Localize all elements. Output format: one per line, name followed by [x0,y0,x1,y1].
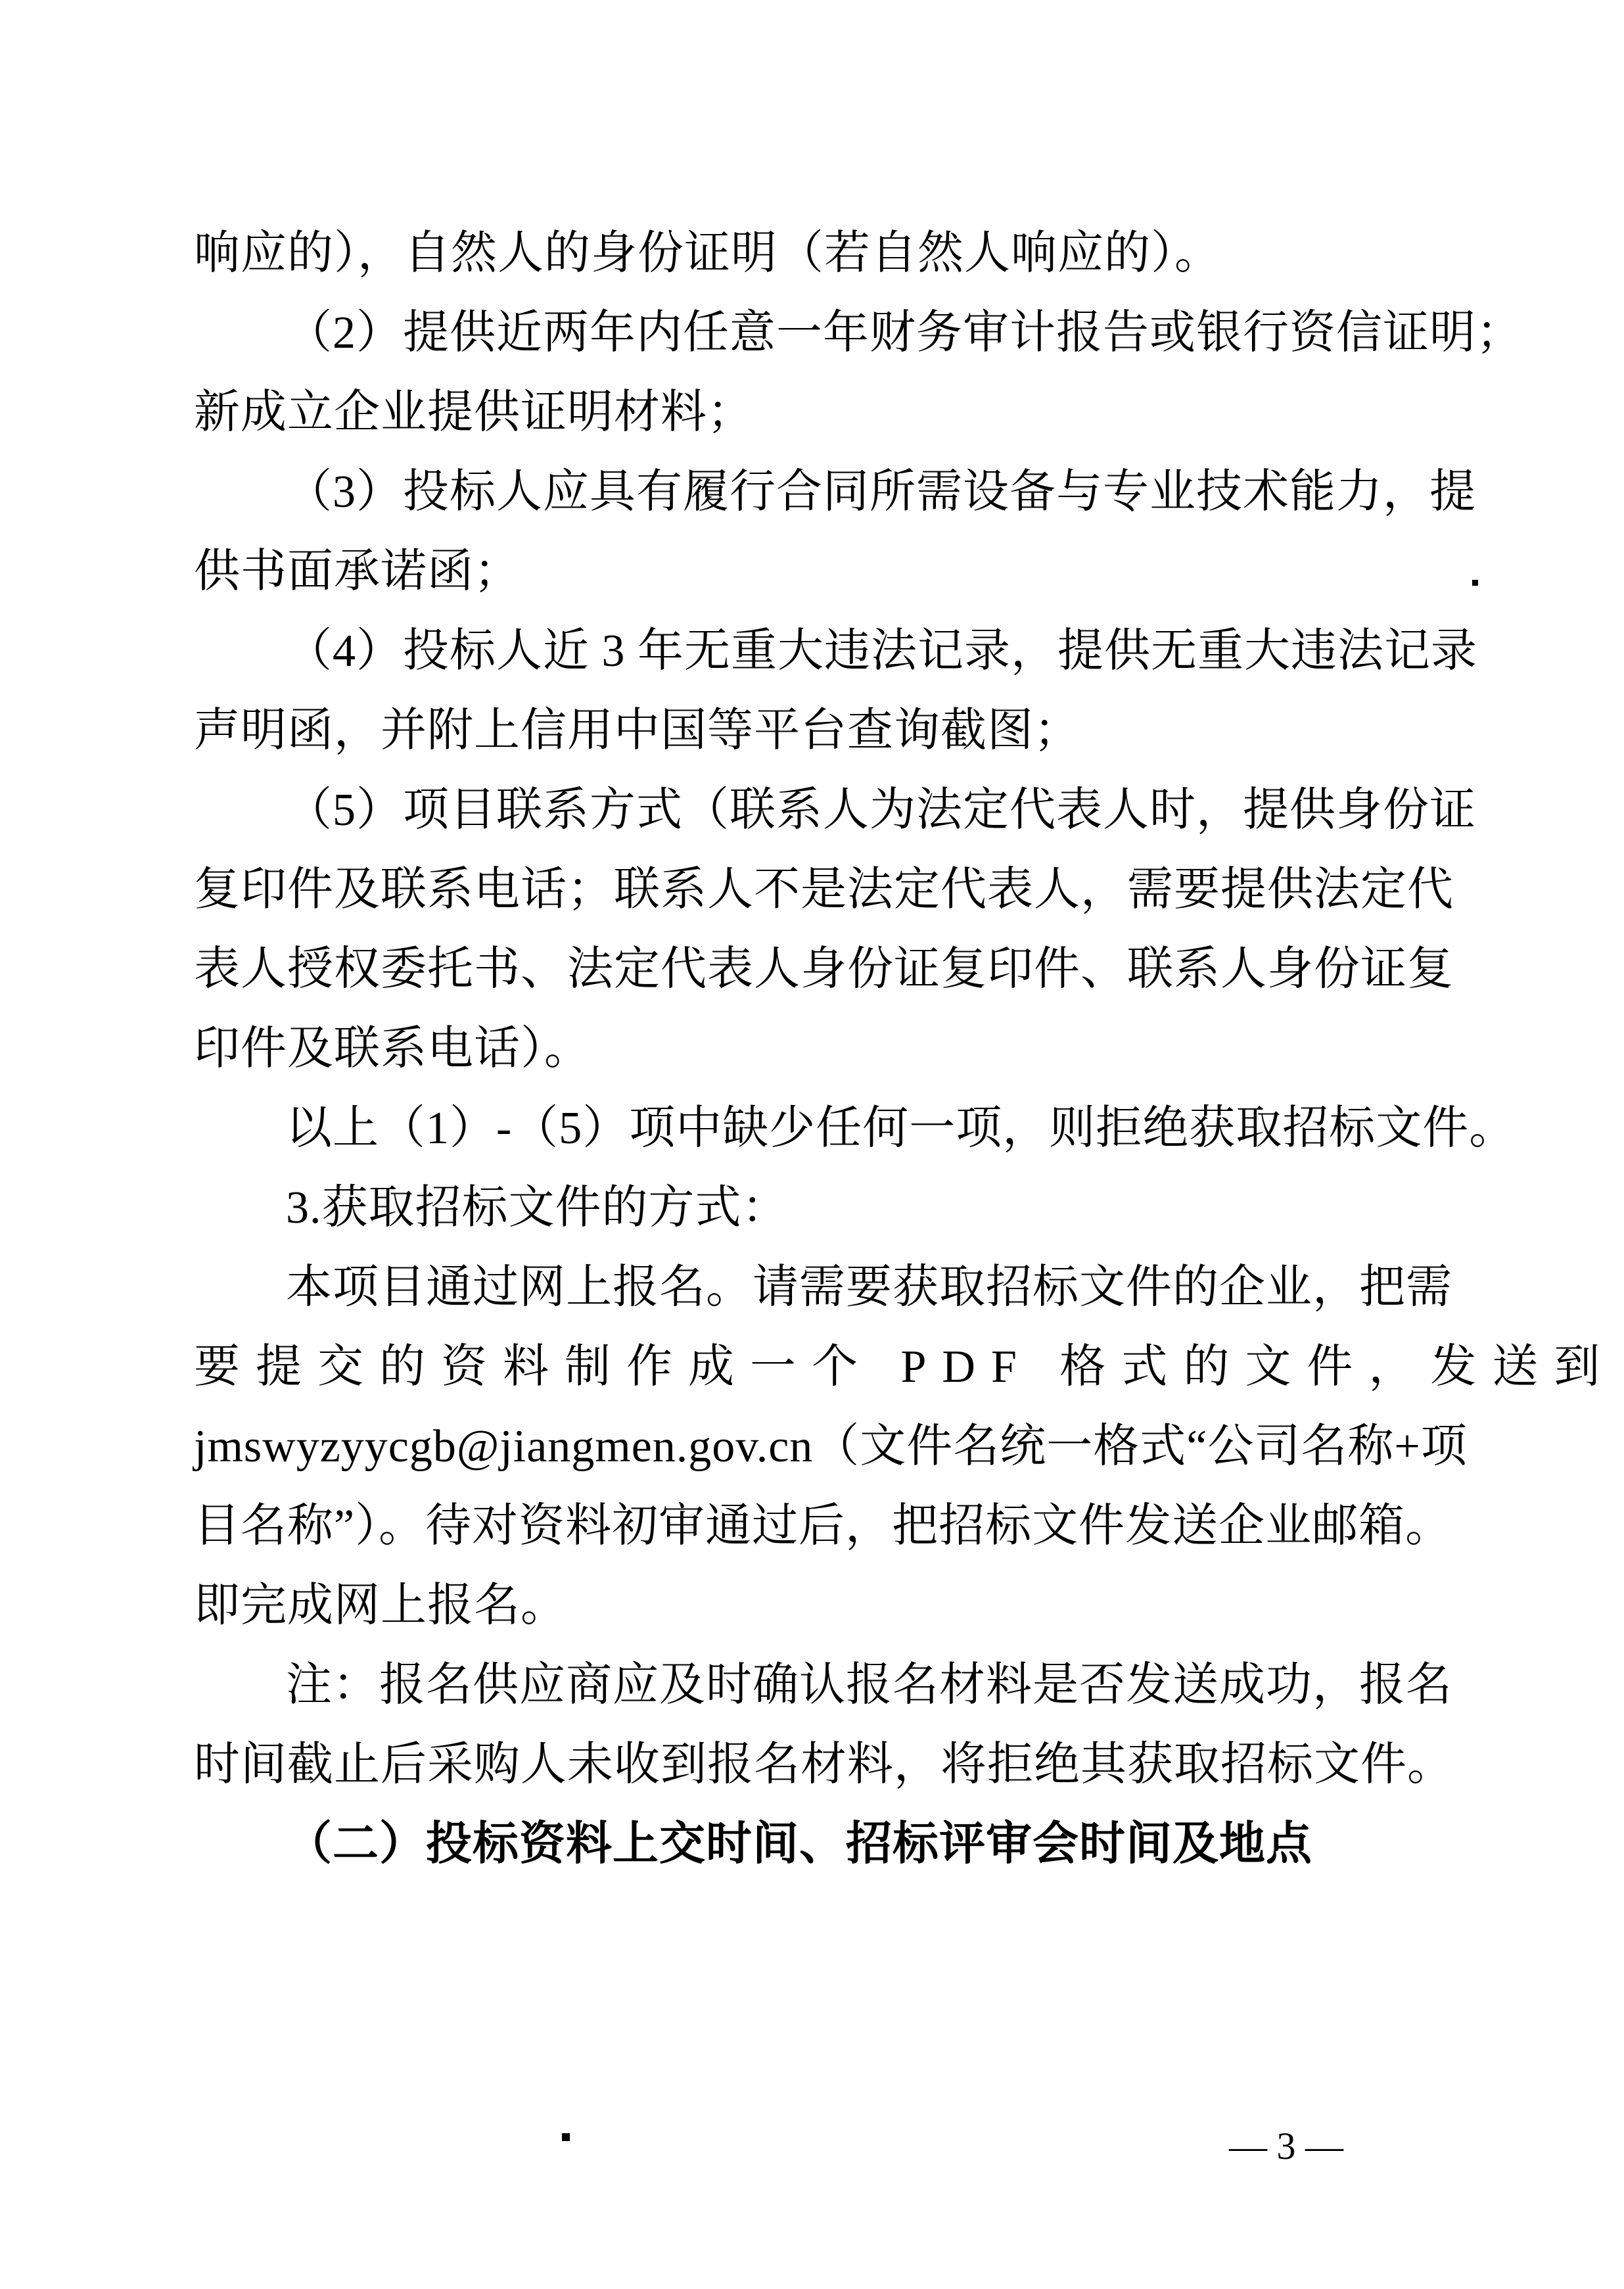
text-line: 目名称”）。待对资料初审通过后，把招标文件发送企业邮箱。 [194,1486,1436,1566]
text-line: 响应的），自然人的身份证明（若自然人响应的）。 [194,214,1436,293]
text-line: （2）提供近两年内任意一年财务审计报告或银行资信证明； [194,293,1436,373]
text-line: 时间截止后采购人未收到报名材料，将拒绝其获取招标文件。 [194,1725,1436,1805]
text-line: （4）投标人近 3 年无重大违法记录，提供无重大违法记录 [194,611,1436,691]
text-line: 即完成网上报名。 [194,1566,1436,1645]
text-line: 要提交的资料制作成一个 PDF 格式的文件，发送到 [194,1327,1436,1407]
text-line: 本项目通过网上报名。请需要获取招标文件的企业，把需 [194,1248,1436,1327]
scan-speck [1472,580,1478,586]
text-line: 3.获取招标文件的方式： [194,1168,1436,1248]
document-body: 响应的），自然人的身份证明（若自然人响应的）。 （2）提供近两年内任意一年财务审… [194,214,1436,1884]
page-number: — 3 — [1229,2123,1439,2169]
text-line: 以上（1）-（5）项中缺少任何一项，则拒绝获取招标文件。 [194,1089,1436,1168]
text-line: 印件及联系电话）。 [194,1009,1436,1089]
text-line: 声明函，并附上信用中国等平台查询截图； [194,691,1436,770]
text-line: 新成立企业提供证明材料； [194,373,1436,452]
document-page: 响应的），自然人的身份证明（若自然人响应的）。 （2）提供近两年内任意一年财务审… [0,0,1624,2289]
text-line: 复印件及联系电话；联系人不是法定代表人，需要提供法定代 [194,850,1436,930]
text-line-email: jmswyzyycgb@jiangmen.gov.cn（文件名统一格式“公司名称… [194,1407,1436,1486]
text-line: 供书面承诺函； [194,532,1436,611]
text-line: 注：报名供应商应及时确认报名材料是否发送成功，报名 [194,1645,1436,1725]
scan-speck [562,2133,570,2141]
text-line: 表人授权委托书、法定代表人身份证复印件、联系人身份证复 [194,930,1436,1009]
section-heading: （二）投标资料上交时间、招标评审会时间及地点 [194,1805,1436,1884]
text-line: （3）投标人应具有履行合同所需设备与专业技术能力，提 [194,452,1436,532]
text-line: （5）项目联系方式（联系人为法定代表人时，提供身份证 [194,770,1436,850]
